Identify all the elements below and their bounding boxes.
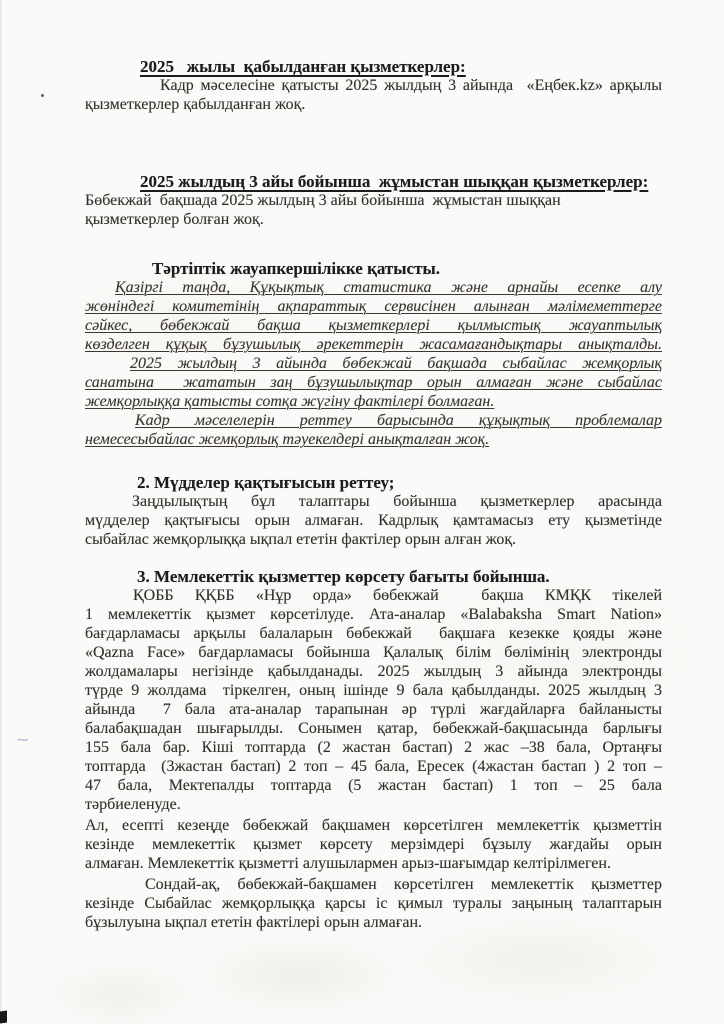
text-line: Сондай-ақ, бөбекжай-бақшамен көрсетілген…: [85, 875, 662, 894]
text-line: Қазіргі таңда, Құқықтық статистика және …: [85, 278, 662, 297]
text-line: мүдделер қақтығысы орын алмаған. Кадрлық…: [85, 511, 662, 530]
ink-dot-artifact: [41, 94, 44, 97]
text-line: 47 бала, Мектепалды топтарда (5 жастан б…: [85, 776, 662, 795]
section-heading: 2. Мүдделер қақтығысын реттеу;: [85, 473, 662, 492]
text-line: кезінде мемлекеттік қызмет көрсету мерзі…: [85, 835, 662, 854]
paragraph: Заңдылықтың бұл талаптары бойынша қызмет…: [85, 492, 662, 549]
text-line: 2025 жылы қабылданған қызметкерлер:: [85, 57, 662, 76]
paragraph: Кадр мәселесіне қатысты 2025 жылдың 3 ай…: [85, 76, 662, 114]
section-heading: 2025 жылы қабылданған қызметкерлер:: [85, 57, 662, 76]
text-line: санатына жататын заң бұзушылықтар орын а…: [85, 373, 662, 392]
text-line: көзделген құқық бұзушылық әрекеттерін жа…: [85, 335, 662, 354]
text-line: 2025 жылдың 3 айында бөбекжай бақшада сы…: [85, 354, 662, 373]
text-line: 155 бала бар. Кіші топтарда (2 жастан ба…: [85, 738, 662, 757]
paragraph: Бөбекжай бақшада 2025 жылдың 3 айы бойын…: [85, 191, 662, 229]
text-line: айында 7 бала ата-аналар тарапынан әр тү…: [85, 700, 662, 719]
scanned-page: 2025 жылы қабылданған қызметкерлер:Кадр …: [0, 0, 724, 1024]
text-line: жемқорлыққа қатысты сотқа жүгіну фактіле…: [85, 392, 662, 411]
text-line: Кадр мәселелерін реттеу барысында құқықт…: [85, 411, 662, 430]
paragraph: 2025 жылдың 3 айында бөбекжай бақшада сы…: [85, 354, 662, 411]
text-line: ҚОББ ҚҚББ «Нұр орда» бөбекжай бақша КМҚК…: [85, 586, 662, 605]
tilde-ink-mark: ~: [16, 730, 29, 749]
text-line: Тәртіптік жауапкершілікке қатысты.: [85, 259, 662, 278]
text-line: кезінде Сыбайлас жемқорлыққа қарсы іс қи…: [85, 894, 662, 913]
text-line: түрде 9 жолдама тіркелген, оның ішінде 9…: [85, 681, 662, 700]
text-line: Бөбекжай бақшада 2025 жылдың 3 айы бойын…: [85, 191, 662, 210]
text-line: 2. Мүдделер қақтығысын реттеу;: [85, 473, 662, 492]
scan-edge-mark: [0, 1011, 7, 1024]
text-line: Кадр мәселесіне қатысты 2025 жылдың 3 ай…: [85, 76, 662, 95]
document-content: 2025 жылы қабылданған қызметкерлер:Кадр …: [85, 57, 662, 932]
text-line: балабақшадан шығарылды. Сонымен қатар, б…: [85, 719, 662, 738]
text-line: алмаған. Мемлекеттік қызметті алушыларме…: [85, 854, 662, 873]
text-line: жолдамалары негізінде қабылданады. 2025 …: [85, 662, 662, 681]
section-heading: 2025 жылдың 3 айы бойынша жұмыстан шыққа…: [85, 172, 662, 191]
text-line: сәйкес, бөбекжай бақша қызметкерлері қыл…: [85, 316, 662, 335]
paragraph: Кадр мәселелерін реттеу барысында құқықт…: [85, 411, 662, 449]
text-line: жөніндегі комитетінің ақпараттық сервисі…: [85, 297, 662, 316]
text-line: қызметкерлер қабылданған жоқ.: [85, 95, 662, 114]
text-line: сыбайлас жемқорлыққа ықпал ететін фактіл…: [85, 530, 662, 549]
text-line: немесесыбайлас жемқорлық тәуекелдері аны…: [85, 430, 662, 449]
paragraph: ҚОББ ҚҚББ «Нұр орда» бөбекжай бақша КМҚК…: [85, 586, 662, 814]
section-heading: 3. Мемлекеттік қызметтер көрсету бағыты …: [85, 567, 662, 586]
text-line: 1 мемлекеттік қызмет көрсетілуде. Ата-ан…: [85, 605, 662, 624]
text-line: бағдарламасы арқылы балаларын бөбекжай б…: [85, 624, 662, 643]
text-line: 3. Мемлекеттік қызметтер көрсету бағыты …: [85, 567, 662, 586]
text-line: топтарда (3жастан бастап) 2 топ – 45 бал…: [85, 757, 662, 776]
text-line: қызметкерлер болған жоқ.: [85, 210, 662, 229]
paragraph: Ал, есепті кезеңде бөбекжай бақшамен көр…: [85, 816, 662, 873]
text-line: Ал, есепті кезеңде бөбекжай бақшамен көр…: [85, 816, 662, 835]
text-line: 2025 жылдың 3 айы бойынша жұмыстан шыққа…: [85, 172, 662, 191]
text-line: тәрбиеленуде.: [85, 795, 662, 814]
text-line: бұзылуына ықпал ететін фактілері орын ал…: [85, 913, 662, 932]
text-line: Заңдылықтың бұл талаптары бойынша қызмет…: [85, 492, 662, 511]
text-line: «Qazna Face» бағдарламасы бойынша Қалалы…: [85, 643, 662, 662]
paragraph: Қазіргі таңда, Құқықтық статистика және …: [85, 278, 662, 354]
section-heading: Тәртіптік жауапкершілікке қатысты.: [85, 259, 662, 278]
paragraph: Сондай-ақ, бөбекжай-бақшамен көрсетілген…: [85, 875, 662, 932]
